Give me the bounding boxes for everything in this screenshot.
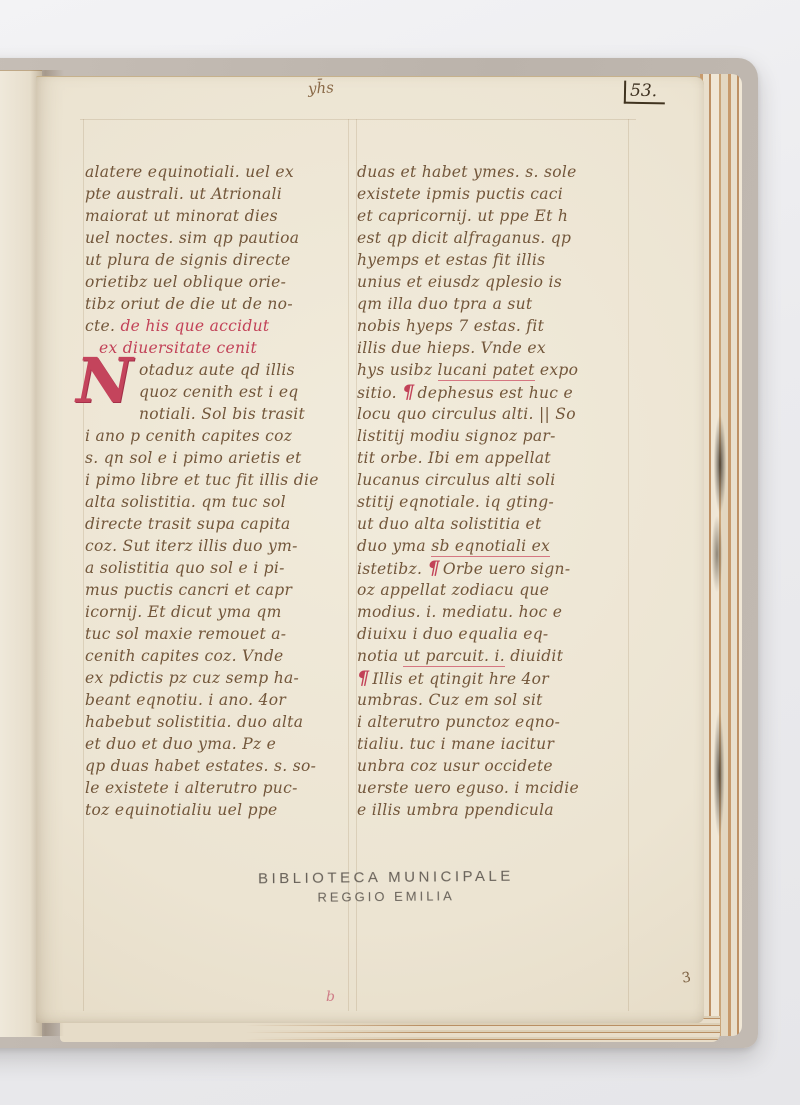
- manuscript-line: duo yma sb eqnotiali ex: [357, 535, 631, 557]
- manuscript-line: i ano p cenith capites coz: [85, 425, 359, 447]
- manuscript-line: s. qn sol e i pimo arietis et: [85, 447, 359, 469]
- manuscript-line: diuixu i duo equalia eq-: [357, 623, 631, 645]
- manuscript-line: ut plura de signis directe: [85, 249, 359, 271]
- text-segment: a solistitia quo sol e i pi-: [85, 559, 285, 577]
- manuscript-line: orietibz uel oblique orie-: [85, 271, 359, 293]
- manuscript-line: alta solistitia. qm tuc sol: [85, 491, 359, 513]
- ruling-line-top: [80, 119, 636, 120]
- text-segment: duo yma: [357, 537, 431, 555]
- manuscript-line: ex pdictis pz cuz semp ha-: [85, 667, 359, 689]
- manuscript-line: coz. Sut iterz illis duo ym-: [85, 535, 359, 557]
- text-segment: le existete i alterutro puc-: [85, 779, 298, 797]
- text-segment: lucanus circulus alti soli: [357, 471, 556, 489]
- manuscript-line: est qp dicit alfraganus. qp: [357, 227, 631, 249]
- manuscript-line: unbra coz usur occidete: [357, 755, 631, 777]
- manuscript-line: icornij. Et dicut yma qm: [85, 601, 359, 623]
- text-segment: hys usibz: [357, 361, 438, 379]
- text-segment: uel noctes. sim qp pautioa: [85, 229, 299, 247]
- manuscript-line: notia ut parcuit. i. diuidit: [357, 645, 631, 667]
- text-segment: ut parcuit. i.: [403, 647, 505, 667]
- text-segment: sitio.: [357, 384, 402, 402]
- text-segment: toz equinotialiu uel ppe: [85, 801, 278, 819]
- text-segment: ex pdictis pz cuz semp ha-: [85, 669, 299, 687]
- text-segment: stitij eqnotiale. iq gting-: [357, 493, 554, 511]
- text-segment: alatere equinotiali. uel ex: [85, 163, 294, 181]
- manuscript-line: e illis umbra ppendicula: [357, 799, 631, 821]
- manuscript-line: le existete i alterutro puc-: [85, 777, 359, 799]
- text-segment: est qp dicit alfraganus. qp: [357, 229, 571, 247]
- manuscript-line: tuc sol maxie remouet a-: [85, 623, 359, 645]
- manuscript-line: nobis hyeps 7 estas. fit: [357, 315, 631, 337]
- manuscript-line: sitio. ¶dephesus est huc e: [357, 381, 631, 403]
- manuscript-line: tialiu. tuc i mane iacitur: [357, 733, 631, 755]
- text-segment: cte.: [85, 317, 120, 335]
- text-segment: unius et eiusdz qplesio is: [357, 273, 562, 291]
- manuscript-line: modius. i. mediatu. hoc e: [357, 601, 631, 623]
- text-segment: cenith capites coz. Vnde: [85, 647, 284, 665]
- text-segment: mus puctis cancri et capr: [85, 581, 292, 599]
- photo-background: yh̄s 53. alatere equinotiali. uel expte …: [0, 0, 800, 1105]
- paragraph-mark-icon: ¶: [427, 557, 442, 579]
- manuscript-line: alatere equinotiali. uel ex: [85, 161, 359, 183]
- text-segment: duas et habet ymes. s. sole: [357, 163, 577, 181]
- manuscript-line: et duo et duo yma. Pz e: [85, 733, 359, 755]
- text-segment: i pimo libre et tuc fit illis die: [85, 471, 319, 489]
- text-segment: hyemps et estas fit illis: [357, 251, 545, 269]
- manuscript-line: beant eqnotiu. i ano. 4or: [85, 689, 359, 711]
- text-segment: oz appellat zodiacu que: [357, 581, 549, 599]
- manuscript-line: toz equinotialiu uel ppe: [85, 799, 359, 821]
- text-segment: directe trasit supa capita: [85, 515, 291, 533]
- paragraph-mark-icon: ¶: [357, 667, 372, 689]
- manuscript-line: locu quo circulus alti. || So: [357, 403, 631, 425]
- text-segment: diuixu i duo equalia eq-: [357, 625, 548, 643]
- stamp-line-2: REGGIO EMILIA: [241, 887, 531, 905]
- text-segment: istetibz.: [357, 560, 427, 578]
- quire-signature: b: [326, 989, 335, 1005]
- text-segment: uerste uero eguso. i mcidie: [357, 779, 579, 797]
- text-segment: alta solistitia. qm tuc sol: [85, 493, 286, 511]
- manuscript-line: qp duas habet estates. s. so-: [85, 755, 359, 777]
- text-segment: Orbe uero sign-: [443, 560, 571, 578]
- manuscript-line: unius et eiusdz qplesio is: [357, 271, 631, 293]
- manuscript-line: uerste uero eguso. i mcidie: [357, 777, 631, 799]
- manuscript-line: ut duo alta solistitia et: [357, 513, 631, 535]
- text-segment: lucani patet: [438, 361, 535, 381]
- text-segment: et capricornij. ut ppe Et h: [357, 207, 568, 225]
- manuscript-line: hyemps et estas fit illis: [357, 249, 631, 271]
- manuscript-line: a solistitia quo sol e i pi-: [85, 557, 359, 579]
- manuscript-line: listitij modiu signoz par-: [357, 425, 631, 447]
- manuscript-line: uel noctes. sim qp pautioa: [85, 227, 359, 249]
- text-segment: beant eqnotiu. i ano. 4or: [85, 691, 286, 709]
- text-segment: notia: [357, 647, 403, 665]
- text-segment: tit orbe. Ibi em appellat: [357, 449, 551, 467]
- text-segment: umbras. Cuz em sol sit: [357, 691, 543, 709]
- page-edges-right: [700, 74, 742, 1036]
- text-segment: et duo et duo yma. Pz e: [85, 735, 276, 753]
- manuscript-line: umbras. Cuz em sol sit: [357, 689, 631, 711]
- ihs-monogram: yh̄s: [308, 78, 335, 97]
- manuscript-line: oz appellat zodiacu que: [357, 579, 631, 601]
- text-segment: ut plura de signis directe: [85, 251, 291, 269]
- text-segment: icornij. Et dicut yma qm: [85, 603, 282, 621]
- manuscript-line: qm illa duo tpra a sut: [357, 293, 631, 315]
- manuscript-page: yh̄s 53. alatere equinotiali. uel expte …: [36, 76, 704, 1023]
- text-segment: tibz oriut de die ut de no-: [85, 295, 293, 313]
- text-segment: diuidit: [505, 647, 563, 665]
- manuscript-line: habebut solistitia. duo alta: [85, 711, 359, 733]
- manuscript-line: duas et habet ymes. s. sole: [357, 161, 631, 183]
- manuscript-line: tibz oriut de die ut de no-: [85, 293, 359, 315]
- text-segment: otaduz aute qd illis: [139, 361, 295, 379]
- manuscript-line: lucanus circulus alti soli: [357, 469, 631, 491]
- text-segment: coz. Sut iterz illis duo ym-: [85, 537, 298, 555]
- text-segment: existete ipmis puctis caci: [357, 185, 563, 203]
- manuscript-line: i alterutro punctoz eqno-: [357, 711, 631, 733]
- manuscript-line: maiorat ut minorat dies: [85, 205, 359, 227]
- manuscript-line: cte. de his que accidut: [85, 315, 359, 337]
- text-segment: qp duas habet estates. s. so-: [85, 757, 316, 775]
- text-segment: quoz cenith est i eq: [139, 383, 299, 401]
- text-segment: orietibz uel oblique orie-: [85, 273, 286, 291]
- manuscript-line: stitij eqnotiale. iq gting-: [357, 491, 631, 513]
- text-segment: i alterutro punctoz eqno-: [357, 713, 560, 731]
- manuscript-line: hys usibz lucani patet expo: [357, 359, 631, 381]
- decorated-initial: N: [76, 345, 133, 417]
- text-segment: pte australi. ut Atrionali: [85, 185, 282, 203]
- text-segment: e illis umbra ppendicula: [357, 801, 554, 819]
- manuscript-line: tit orbe. Ibi em appellat: [357, 447, 631, 469]
- text-segment: modius. i. mediatu. hoc e: [357, 603, 562, 621]
- text-segment: illis due hieps. Vnde ex: [357, 339, 546, 357]
- text-segment: tialiu. tuc i mane iacitur: [357, 735, 554, 753]
- ruling-line-left: [83, 119, 84, 1011]
- text-segment: i ano p cenith capites coz: [85, 427, 292, 445]
- manuscript-line: et capricornij. ut ppe Et h: [357, 205, 631, 227]
- text-segment: Illis et qtingit hre 4or: [372, 670, 549, 688]
- paragraph-mark-icon: ¶: [402, 381, 417, 403]
- text-segment: notiali. Sol bis trasit: [139, 405, 305, 423]
- manuscript-line: existete ipmis puctis caci: [357, 183, 631, 205]
- text-segment: listitij modiu signoz par-: [357, 427, 556, 445]
- text-segment: locu quo circulus alti. || So: [357, 405, 576, 423]
- manuscript-line: pte australi. ut Atrionali: [85, 183, 359, 205]
- manuscript-line: directe trasit supa capita: [85, 513, 359, 535]
- text-column-left: alatere equinotiali. uel expte australi.…: [85, 161, 359, 821]
- manuscript-line: mus puctis cancri et capr: [85, 579, 359, 601]
- text-segment: qm illa duo tpra a sut: [357, 295, 532, 313]
- text-segment: unbra coz usur occidete: [357, 757, 553, 775]
- text-segment: maiorat ut minorat dies: [85, 207, 278, 225]
- library-stamp: BIBLIOTECA MUNICIPALE REGGIO EMILIA: [241, 867, 531, 905]
- text-segment: ut duo alta solistitia et: [357, 515, 542, 533]
- manuscript-line: i pimo libre et tuc fit illis die: [85, 469, 359, 491]
- text-segment: habebut solistitia. duo alta: [85, 713, 303, 731]
- manuscript-line: istetibz. ¶Orbe uero sign-: [357, 557, 631, 579]
- text-segment: dephesus est huc e: [418, 384, 573, 402]
- stamp-line-1: BIBLIOTECA MUNICIPALE: [241, 867, 531, 887]
- rubric-text: de his que accidut: [120, 317, 269, 335]
- manuscript-line: cenith capites coz. Vnde: [85, 645, 359, 667]
- text-segment: s. qn sol e i pimo arietis et: [85, 449, 302, 467]
- folio-number: 53.: [624, 81, 665, 105]
- text-segment: expo: [535, 361, 579, 379]
- text-segment: sb eqnotiali ex: [431, 537, 550, 557]
- manuscript-line: ¶Illis et qtingit hre 4or: [357, 667, 631, 689]
- manuscript-line: illis due hieps. Vnde ex: [357, 337, 631, 359]
- text-segment: nobis hyeps 7 estas. fit: [357, 317, 544, 335]
- text-column-right: duas et habet ymes. s. soleexistete ipmi…: [357, 161, 631, 821]
- text-segment: tuc sol maxie remouet a-: [85, 625, 286, 643]
